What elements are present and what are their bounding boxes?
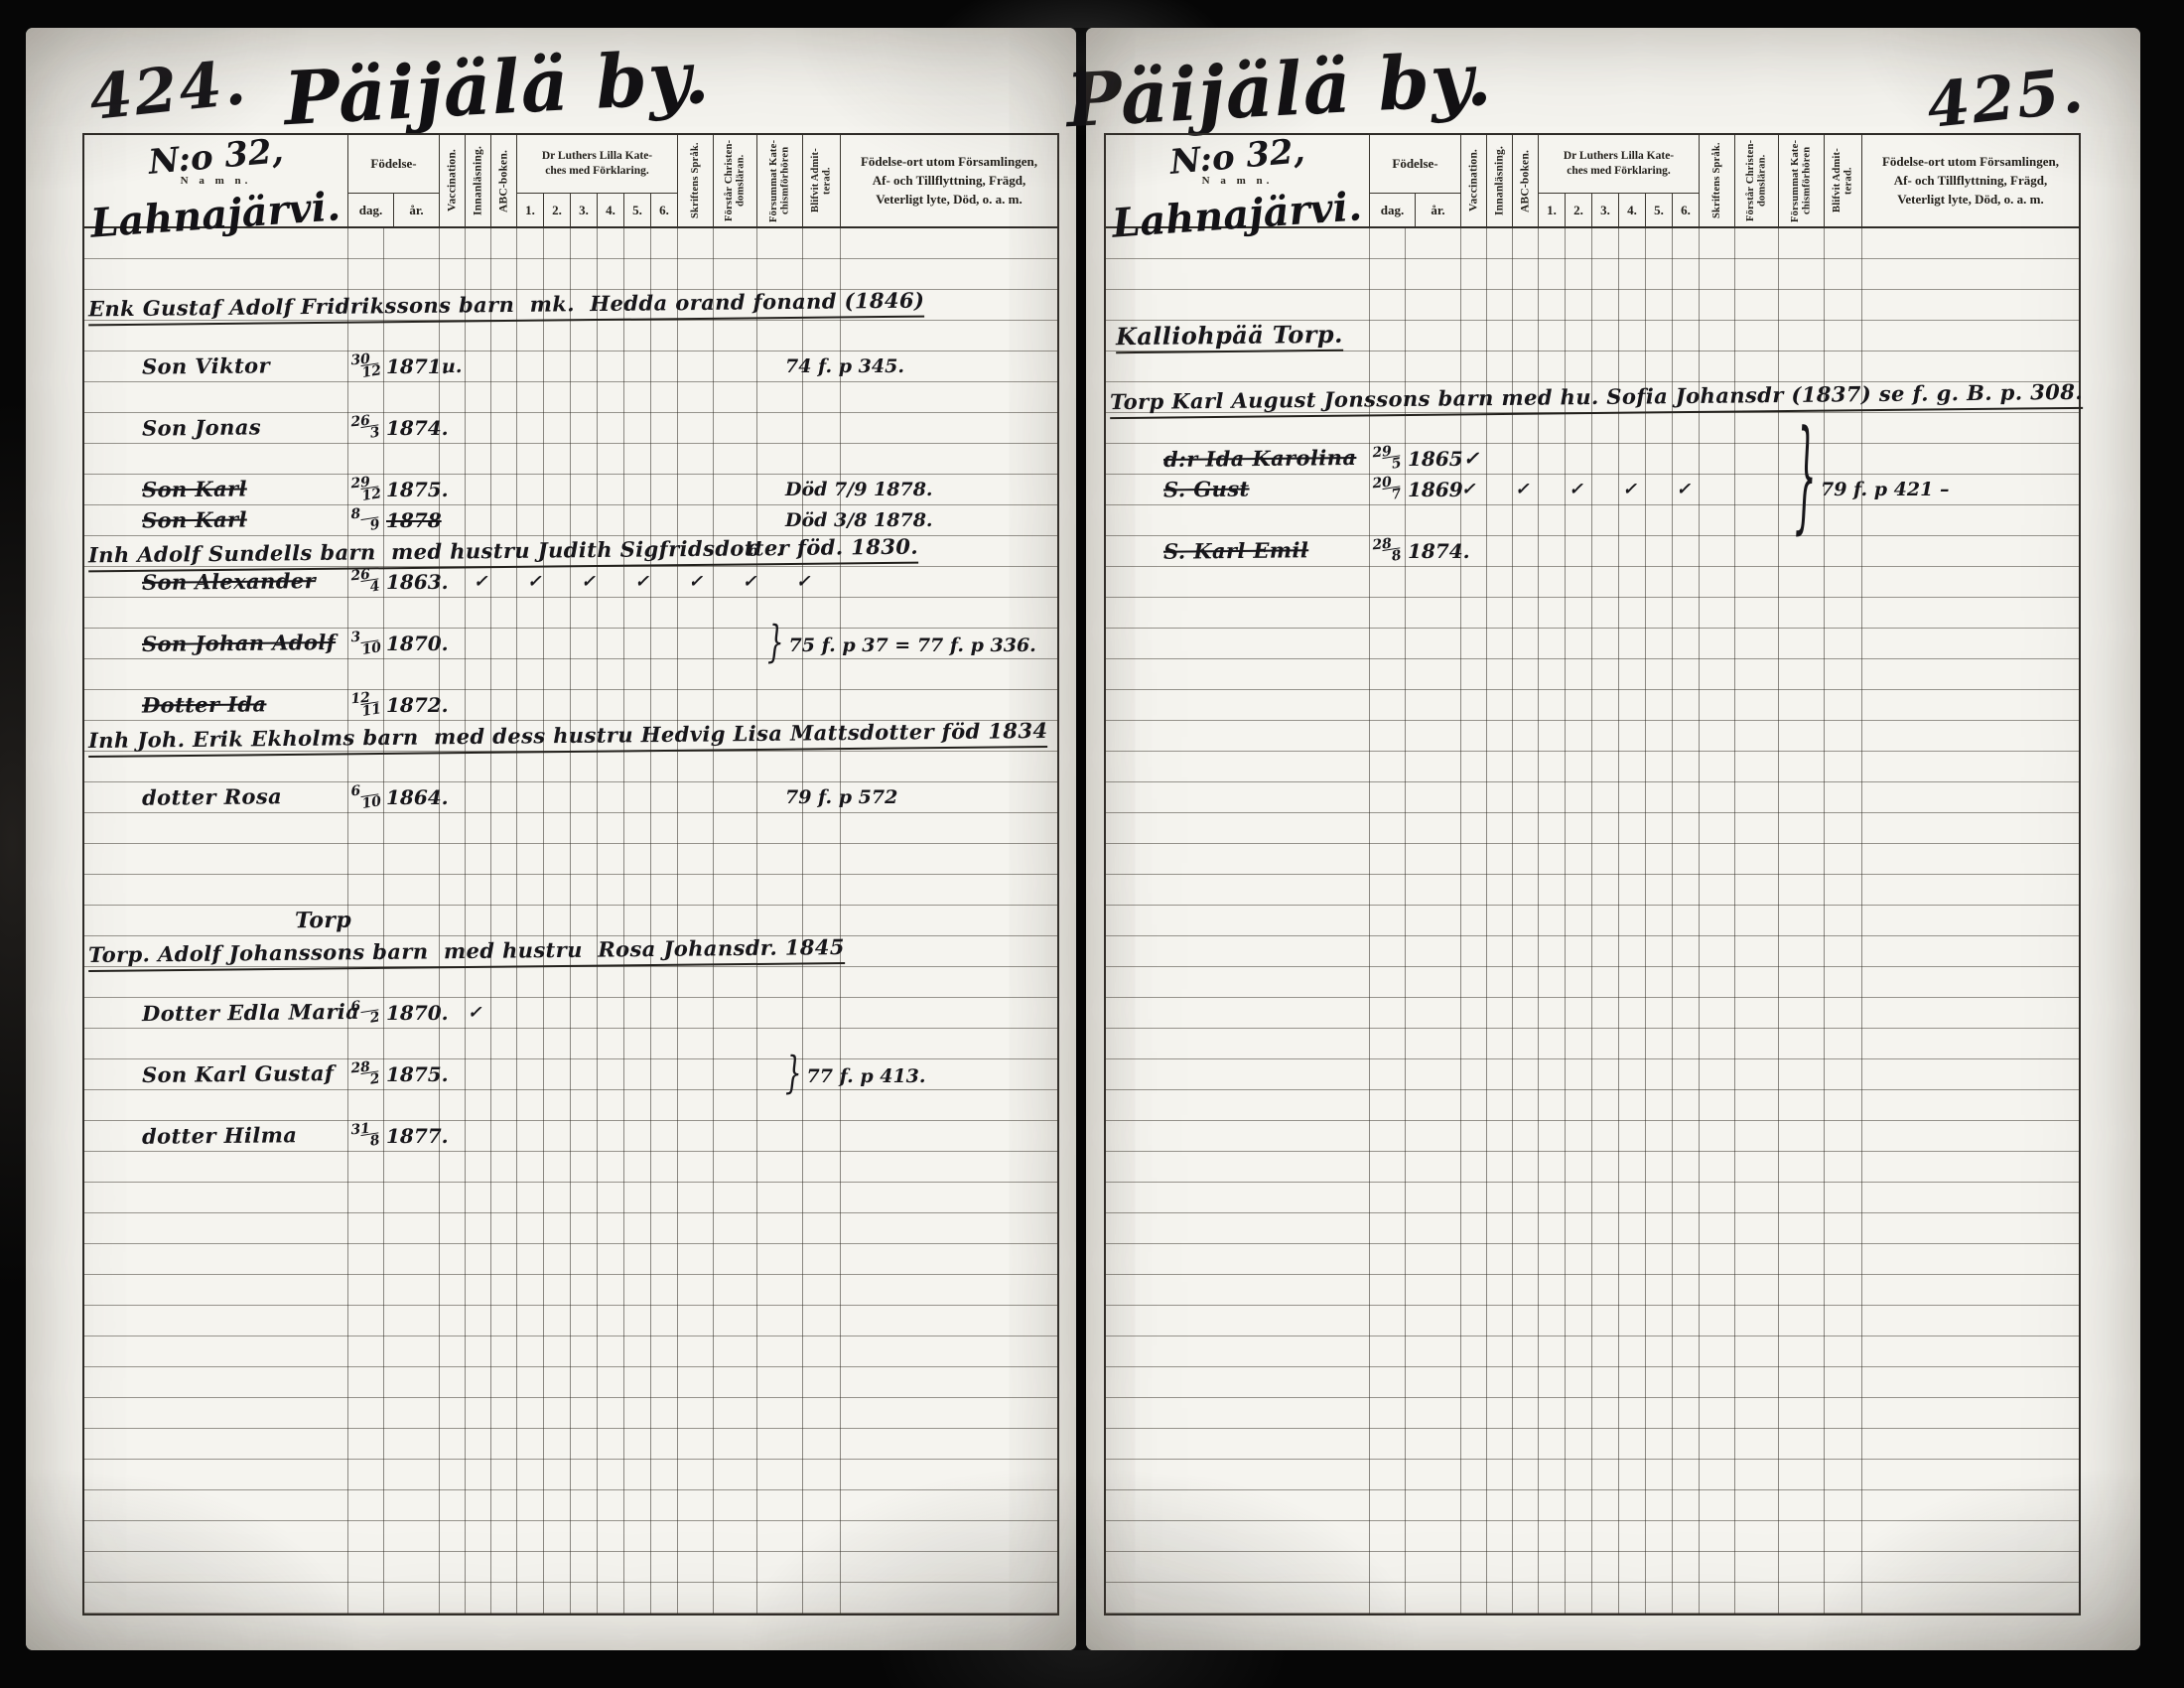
- abc-boken-column-header: ABC-boken.: [1512, 135, 1538, 226]
- innanlasning-column-header: Innanläsning.: [1486, 135, 1512, 226]
- ruled-row: [84, 1336, 1057, 1367]
- kateches-label-line2: ches med Förklaring.: [545, 164, 648, 179]
- skriftens-sprak-label: Skriftens Språk.: [678, 138, 713, 223]
- ruled-row: [1106, 906, 2079, 936]
- ruled-row: [84, 967, 1057, 998]
- birth-day-bottom: 8: [360, 1132, 380, 1150]
- remarks-label: Födelse-ort utom Församlingen,Af- och Ti…: [1862, 135, 2079, 226]
- record-entry: Son Viktor30121871.u.74 f. p 345.: [84, 352, 1057, 382]
- ruled-row: [1106, 1121, 2079, 1152]
- fodelse-label: Födelse-: [1370, 135, 1460, 193]
- entry-birth-day: 295: [1370, 444, 1406, 474]
- kateches-col-5: 5.: [623, 194, 650, 226]
- column-rule: [1369, 228, 1370, 1614]
- ruled-row: [84, 1090, 1057, 1121]
- scanned-church-record: 424. Päijälä by. N:o 32,N a m n.Lahnajär…: [0, 0, 2184, 1688]
- ruled-row: [1106, 629, 2079, 659]
- blifvit-admitterad-label: Blifvit Admit- terad.: [1825, 138, 1861, 223]
- record-entry: dotter Rosa6101864.79 f. p 572: [84, 782, 1057, 813]
- blifvit-admitterad-label: Blifvit Admit- terad.: [803, 138, 840, 223]
- kateches-label-line1: Dr Luthers Lilla Kate-: [542, 149, 652, 164]
- right-table-header: N:o 32,N a m n.Lahnajärvi.Födelse-dag.år…: [1106, 135, 2079, 228]
- fodelse-subheader: dag.år.: [348, 193, 439, 226]
- column-rule: [1699, 228, 1700, 1614]
- record-entry: dotter Hilma3181877.: [84, 1121, 1057, 1152]
- forstar-christendomslaran-column-header: Förstår Christen- domsläran.: [713, 135, 756, 226]
- kateches-column-header: Dr Luthers Lilla Kate-ches med Förklarin…: [516, 135, 677, 226]
- ruled-row: [1106, 1521, 2079, 1552]
- ruled-row: [84, 1490, 1057, 1521]
- ruled-row: [1106, 659, 2079, 690]
- entry-name: Dotter Ida: [142, 689, 267, 720]
- forsummat-katechesforhoren-column-header: Försummat Kate- chismförhören: [1778, 135, 1824, 226]
- forsummat-katechesforhoren-label: Försummat Kate- chismförhören: [757, 138, 802, 223]
- entry-birth-year: 1874.: [386, 413, 449, 443]
- ruled-row: [84, 1460, 1057, 1490]
- remarks-label-line3: Veterligt lyte, Död, o. a. m.: [1897, 192, 2044, 208]
- column-rule: [1405, 228, 1406, 1614]
- record-entry: Inh Joh. Erik Ekholms barn med dess hust…: [84, 721, 1057, 752]
- birth-day-bottom: 12: [360, 362, 380, 380]
- ruled-row: [1106, 813, 2079, 844]
- entry-birth-day: 318: [348, 1121, 384, 1151]
- entry-birth-year: 1863.: [386, 567, 449, 597]
- entry-check-marks: ✓ ✓ ✓ ✓ ✓ ✓ ✓: [474, 567, 827, 597]
- kateches-col-2: 2.: [1565, 194, 1591, 226]
- entry-birth-day: 264: [348, 567, 384, 597]
- ruled-row: [1106, 1552, 2079, 1583]
- entry-note: 79 f. p 572: [785, 782, 897, 812]
- remarks-label-line3: Veterligt lyte, Död, o. a. m.: [876, 192, 1023, 208]
- kateches-label-line2: ches med Förklaring.: [1567, 164, 1670, 179]
- entry-name: Son Viktor: [142, 351, 270, 381]
- kateches-subheader: 1.2.3.4.5.6.: [1539, 193, 1699, 226]
- ruled-row: [84, 1244, 1057, 1275]
- entry-note: }79 f. p 421 –: [1821, 475, 1949, 504]
- column-rule: [1486, 228, 1487, 1614]
- kateches-col-6: 6.: [650, 194, 677, 226]
- entry-birth-day: 610: [348, 782, 384, 812]
- kateches-col-1: 1.: [517, 194, 543, 226]
- ruled-row: [1106, 936, 2079, 967]
- vaccination-label: Vaccination.: [440, 138, 465, 223]
- ruled-row: [84, 1029, 1057, 1059]
- column-rule: [1565, 228, 1566, 1614]
- remarks-label-line2: Af- och Tillflyttning, Frägd,: [873, 173, 1025, 189]
- ruled-row: [1106, 1398, 2079, 1429]
- remarks-column-header: Födelse-ort utom Församlingen,Af- och Ti…: [840, 135, 1057, 226]
- column-rule: [1672, 228, 1673, 1614]
- birth-day-bottom: 12: [360, 486, 380, 503]
- ruled-row: [1106, 844, 2079, 875]
- ruled-row: [1106, 505, 2079, 536]
- kateches-col-3: 3.: [1591, 194, 1618, 226]
- ruled-row: [1106, 690, 2079, 721]
- entry-birth-year: 1870.: [386, 998, 449, 1028]
- remarks-label-line1: Födelse-ort utom Församlingen,: [861, 154, 1037, 170]
- kateches-column-header: Dr Luthers Lilla Kate-ches med Förklarin…: [1538, 135, 1699, 226]
- record-entry: Torp. Adolf Johanssons barn med hustru R…: [84, 936, 1057, 967]
- brace-mark: }: [785, 1050, 802, 1100]
- record-entry: Son Jonas2631874.: [84, 413, 1057, 444]
- kateches-col-2: 2.: [543, 194, 570, 226]
- ruled-row: [1106, 352, 2079, 382]
- entry-name: Torp: [295, 906, 351, 936]
- innanlasning-label: Innanläsning.: [466, 138, 490, 223]
- entry-note: Död 3/8 1878.: [785, 505, 933, 535]
- ruled-row: [1106, 1429, 2079, 1460]
- record-entry: }75 f. p 37 = 77 f. p 336.: [84, 629, 1057, 659]
- entry-birth-year: 1871.: [386, 352, 449, 381]
- ruled-row: [1106, 1275, 2079, 1306]
- ruled-row: [84, 444, 1057, 475]
- innanlasning-column-header: Innanläsning.: [465, 135, 490, 226]
- dag-label: dag.: [1370, 194, 1415, 226]
- column-rule: [1618, 228, 1619, 1614]
- remarks-label-line2: Af- och Tillflyttning, Frägd,: [1894, 173, 2047, 189]
- ruled-row: [1106, 875, 2079, 906]
- entry-birth-day: 1211: [348, 690, 384, 720]
- entry-name: Son Karl: [142, 504, 247, 535]
- entry-note: }75 f. p 37 = 77 f. p 336.: [767, 629, 1036, 660]
- dag-label: dag.: [348, 194, 393, 226]
- entry-name: Torp Karl August Jonssons barn med hu. S…: [1110, 377, 2083, 419]
- vaccination-label: Vaccination.: [1461, 138, 1486, 223]
- ruled-row: [1106, 1059, 2079, 1090]
- entry-birth-day: 3012: [348, 352, 384, 381]
- entry-name: Enk Gustaf Adolf Fridrikssons barn mk. H…: [88, 286, 925, 327]
- record-entry: Enk Gustaf Adolf Fridrikssons barn mk. H…: [84, 290, 1057, 321]
- ruled-row: [1106, 259, 2079, 290]
- ruled-row: [1106, 1367, 2079, 1398]
- left-page: 424. Päijälä by. N:o 32,N a m n.Lahnajär…: [26, 28, 1076, 1650]
- record-entry: Inh Adolf Sundells barn med hustru Judit…: [84, 536, 1057, 567]
- entry-birth-year: 1872.: [386, 690, 449, 720]
- ruled-row: [1106, 1090, 2079, 1121]
- ruled-row: [1106, 598, 2079, 629]
- entry-birth-year: 1865: [1408, 444, 1463, 474]
- forstar-christendomslaran-column-header: Förstår Christen- domsläran.: [1734, 135, 1778, 226]
- ruled-row: [84, 659, 1057, 690]
- column-rule: [1778, 228, 1779, 1614]
- forsummat-katechesforhoren-column-header: Försummat Kate- chismförhören: [756, 135, 802, 226]
- entry-birth-year: 1874.: [1408, 536, 1470, 566]
- entry-birth-year: 1878: [386, 505, 442, 535]
- ruled-row: [1106, 1583, 2079, 1614]
- abc-boken-label: ABC-boken.: [1513, 138, 1538, 223]
- ruled-row: [1106, 228, 2079, 259]
- entry-name: Inh Joh. Erik Ekholms barn med dess hust…: [88, 716, 1048, 758]
- ruled-row: [1106, 782, 2079, 813]
- ruled-row: [1106, 567, 2079, 598]
- record-entry: Son Karl29121875.Död 7/9 1878.: [84, 475, 1057, 505]
- entry-vaccination-mark: u.: [442, 352, 462, 381]
- ruled-row: [84, 1213, 1057, 1244]
- ruled-row: [1106, 1244, 2079, 1275]
- fodelse-label: Födelse-: [348, 135, 439, 193]
- ruled-row: [1106, 1213, 2079, 1244]
- birth-day-bottom: 10: [360, 793, 380, 811]
- entry-note: }77 f. p 413.: [785, 1059, 926, 1091]
- innanlasning-label: Innanläsning.: [1487, 138, 1512, 223]
- entry-name: d:r Ida Karolina: [1163, 443, 1357, 475]
- kateches-col-5: 5.: [1645, 194, 1672, 226]
- ruled-row: [84, 1398, 1057, 1429]
- skriftens-sprak-column-header: Skriftens Språk.: [677, 135, 713, 226]
- left-page-number: 424.: [86, 46, 251, 134]
- left-page-title: Päijälä by.: [282, 35, 712, 142]
- kateches-col-1: 1.: [1539, 194, 1565, 226]
- ruled-row: [84, 1275, 1057, 1306]
- right-table: N:o 32,N a m n.Lahnajärvi.Födelse-dag.år…: [1104, 133, 2081, 1616]
- entry-birth-day: 288: [1370, 536, 1406, 566]
- record-entry: Son Alexander2641863.✓ ✓ ✓ ✓ ✓ ✓ ✓: [84, 567, 1057, 598]
- record-entry: Dotter Ida12111872.: [84, 690, 1057, 721]
- column-rule: [1861, 228, 1862, 1614]
- name-column-header: N:o 32,N a m n.Lahnajärvi.: [1106, 135, 1369, 226]
- column-rule: [1645, 228, 1646, 1614]
- kateches-col-4: 4.: [597, 194, 623, 226]
- brace-mark: }: [1795, 424, 1817, 531]
- column-rule: [1460, 228, 1461, 1614]
- ruled-row: [1106, 1029, 2079, 1059]
- entry-birth-day: 263: [348, 413, 384, 443]
- record-entry: S. Karl Emil2881874.: [1106, 536, 2079, 567]
- skriftens-sprak-label: Skriftens Språk.: [1700, 138, 1734, 223]
- entry-name: Kalliohpää Torp.: [1116, 320, 1343, 353]
- right-page-title: Päijälä by.: [1064, 37, 1494, 144]
- entry-birth-day: 282: [348, 1059, 384, 1089]
- ruled-row: [1106, 413, 2079, 444]
- entry-name: Son Alexander: [142, 566, 316, 598]
- entry-check-marks: 6.: [748, 536, 799, 566]
- ruled-row: [84, 844, 1057, 875]
- blifvit-admitterad-column-header: Blifvit Admit- terad.: [802, 135, 840, 226]
- birth-day-bottom: 2: [360, 1009, 380, 1027]
- record-entry: Kalliohpää Torp.: [1106, 321, 2079, 352]
- abc-boken-label: ABC-boken.: [491, 138, 516, 223]
- ruled-row: [84, 1583, 1057, 1614]
- kateches-label-line1: Dr Luthers Lilla Kate-: [1564, 149, 1674, 164]
- ruled-row: [84, 875, 1057, 906]
- ruled-row: [84, 382, 1057, 413]
- birth-day-bottom: 5: [1382, 455, 1402, 473]
- kateches-col-3: 3.: [570, 194, 597, 226]
- brace-mark: }: [767, 619, 784, 669]
- abc-boken-column-header: ABC-boken.: [490, 135, 516, 226]
- ruled-row: [84, 1152, 1057, 1183]
- forstar-christendomslaran-label: Förstår Christen- domsläran.: [714, 138, 756, 223]
- ruled-row: [1106, 290, 2079, 321]
- right-table-body: Kalliohpää Torp.Torp Karl August Jonsson…: [1106, 228, 2079, 1614]
- record-entry: Torp: [84, 906, 1057, 936]
- column-rule: [1734, 228, 1735, 1614]
- ruled-row: [1106, 998, 2079, 1029]
- ruled-row: [84, 1367, 1057, 1398]
- record-entry: Dotter Edla Maria621870.✓: [84, 998, 1057, 1029]
- left-table: N:o 32,N a m n.Lahnajärvi.Födelse-dag.år…: [82, 133, 1059, 1616]
- blifvit-admitterad-column-header: Blifvit Admit- terad.: [1824, 135, 1861, 226]
- kateches-col-6: 6.: [1672, 194, 1699, 226]
- kateches-subheader: 1.2.3.4.5.6.: [517, 193, 677, 226]
- ruled-row: [84, 813, 1057, 844]
- fodelse-column-header: Födelse-dag.år.: [1369, 135, 1460, 226]
- entry-name: Son Karl Gustaf: [142, 1058, 335, 1090]
- entry-name: Son Karl: [142, 474, 247, 504]
- ruled-row: [84, 228, 1057, 259]
- record-entry: }79 f. p 421 –: [1106, 475, 2079, 505]
- name-column-header: N:o 32,N a m n.Lahnajärvi.: [84, 135, 347, 226]
- entry-name: S. Karl Emil: [1163, 535, 1309, 567]
- vaccination-column-header: Vaccination.: [439, 135, 465, 226]
- kateches-label: Dr Luthers Lilla Kate-ches med Förklarin…: [517, 135, 677, 193]
- forstar-christendomslaran-label: Förstår Christen- domsläran.: [1735, 138, 1778, 223]
- column-rule: [1824, 228, 1825, 1614]
- birth-day-bottom: 8: [1382, 547, 1402, 565]
- birth-day-bottom: 9: [360, 516, 380, 534]
- record-entry: Torp Karl August Jonssons barn med hu. S…: [1106, 382, 2079, 413]
- column-rule: [1538, 228, 1539, 1614]
- skriftens-sprak-column-header: Skriftens Språk.: [1699, 135, 1734, 226]
- entry-birth-year: 1877.: [386, 1121, 449, 1151]
- entry-name: Dotter Edla Maria: [142, 997, 360, 1029]
- ar-label: år.: [393, 194, 439, 226]
- ruled-row: [84, 1429, 1057, 1460]
- entry-name: dotter Rosa: [142, 781, 282, 812]
- birth-day-bottom: 11: [360, 701, 380, 719]
- entry-birth-year: 1864.: [386, 782, 449, 812]
- ruled-row: [84, 598, 1057, 629]
- entry-note: 74 f. p 345.: [785, 352, 904, 381]
- entry-birth-day: 2912: [348, 475, 384, 504]
- entry-birth-day: 62: [348, 998, 384, 1028]
- ruled-row: [84, 1552, 1057, 1583]
- ruled-row: [1106, 1490, 2079, 1521]
- ruled-row: [1106, 1336, 2079, 1367]
- ruled-row: [84, 1306, 1057, 1336]
- birth-day-bottom: 2: [360, 1070, 380, 1088]
- ruled-row: [84, 321, 1057, 352]
- entry-name: Son Jonas: [142, 412, 261, 443]
- birth-day-bottom: 4: [360, 578, 380, 596]
- ruled-row: [1106, 1183, 2079, 1213]
- entry-birth-day: 89: [348, 505, 384, 535]
- ruled-row: [1106, 721, 2079, 752]
- entry-check-marks: ✓: [468, 998, 498, 1028]
- remarks-column-header: Födelse-ort utom Församlingen,Af- och Ti…: [1861, 135, 2079, 226]
- left-table-body: Enk Gustaf Adolf Fridrikssons barn mk. H…: [84, 228, 1057, 1614]
- remarks-label-line1: Födelse-ort utom Församlingen,: [1882, 154, 2059, 170]
- ar-label: år.: [1415, 194, 1460, 226]
- ruled-row: [84, 1521, 1057, 1552]
- fodelse-subheader: dag.år.: [1370, 193, 1460, 226]
- vaccination-column-header: Vaccination.: [1460, 135, 1486, 226]
- entry-birth-year: 1875.: [386, 475, 449, 504]
- record-entry: Son Karl Gustaf2821875.}77 f. p 413.: [84, 1059, 1057, 1090]
- right-page-number: 425.: [1924, 54, 2089, 142]
- birth-day-bottom: 3: [360, 424, 380, 442]
- ruled-row: [1106, 1152, 2079, 1183]
- left-table-header: N:o 32,N a m n.Lahnajärvi.Födelse-dag.år…: [84, 135, 1057, 228]
- entry-birth-year: 1875.: [386, 1059, 449, 1089]
- column-rule: [1512, 228, 1513, 1614]
- remarks-label: Födelse-ort utom Församlingen,Af- och Ti…: [841, 135, 1057, 226]
- forsummat-katechesforhoren-label: Försummat Kate- chismförhören: [1779, 138, 1824, 223]
- ruled-row: [1106, 967, 2079, 998]
- ruled-row: [84, 752, 1057, 782]
- column-rule: [1591, 228, 1592, 1614]
- ruled-row: [1106, 1306, 2079, 1336]
- fodelse-column-header: Födelse-dag.år.: [347, 135, 439, 226]
- entry-note: Död 7/9 1878.: [785, 475, 933, 504]
- ruled-row: [84, 1183, 1057, 1213]
- ruled-row: [1106, 752, 2079, 782]
- entry-name: dotter Hilma: [142, 1120, 298, 1152]
- kateches-col-4: 4.: [1618, 194, 1645, 226]
- kateches-label: Dr Luthers Lilla Kate-ches med Förklarin…: [1539, 135, 1699, 193]
- record-entry: d:r Ida Karolina2951865✓: [1106, 444, 2079, 475]
- right-page: 425. Päijälä by. N:o 32,N a m n.Lahnajär…: [1086, 28, 2140, 1650]
- entry-vaccination-mark: ✓: [1463, 444, 1479, 474]
- entry-name: Torp. Adolf Johanssons barn med hustru R…: [88, 932, 845, 972]
- ruled-row: [1106, 1460, 2079, 1490]
